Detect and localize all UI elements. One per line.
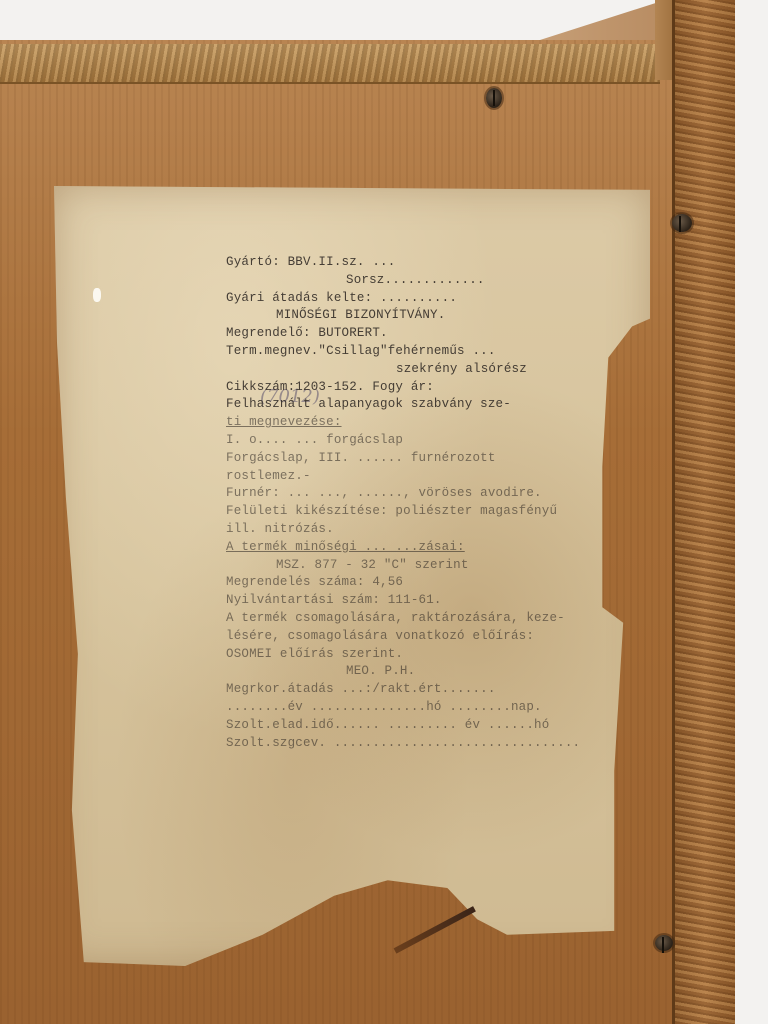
material-line-2: Forgácslap, III. ...... furnérozott <box>226 450 636 468</box>
standard-line: MSZ. 877 - 32 "C" szerint <box>226 557 636 575</box>
veneer-line: Furnér: ... ..., ......, vöröses avodire… <box>226 485 636 503</box>
quality-heading: A termék minőségi ... ...zásai: <box>226 539 636 557</box>
order-number-line: Megrendelés száma: 4,56 <box>226 574 636 592</box>
photo-scene: (7012) Gyártó: BBV.II.sz. ... Sorsz.....… <box>0 0 768 1024</box>
finish-line-cont: ill. nitrózás. <box>226 521 636 539</box>
product-name-cont: szekrény alsórész <box>226 361 636 379</box>
article-number-line: Cikkszám:1203-152. Fogy ár: <box>226 379 636 397</box>
screw-icon <box>486 88 502 108</box>
screw-icon <box>672 214 692 232</box>
material-line-1: I. o.... ... forgácslap <box>226 432 636 450</box>
chipboard-right-edge <box>672 0 735 1024</box>
handling-line-3: OSOMEI előírás szerint. <box>226 646 636 664</box>
service-signature-line: Szolt.szgcev. ..........................… <box>226 735 636 753</box>
serial-line: Sorsz............. <box>226 272 636 290</box>
materials-heading: Felhasznált alapanyagok szabvány sze- <box>226 396 636 414</box>
registry-number-line: Nyilvántartási szám: 111-61. <box>226 592 636 610</box>
date-line: ........év ...............hó ........nap… <box>226 699 636 717</box>
materials-heading-cont: ti megnevezése: <box>226 414 636 432</box>
chipboard-top-edge <box>0 44 660 84</box>
typed-certificate-text: Gyártó: BBV.II.sz. ... Sorsz............… <box>226 254 636 752</box>
service-time-line: Szolt.elad.idő...... ......... év ......… <box>226 717 636 735</box>
handover-line: Megrkor.átadás ...:/rakt.ért....... <box>226 681 636 699</box>
certificate-title: MINŐSÉGI BIZONYÍTVÁNY. <box>226 307 636 325</box>
handover-date-line: Gyári átadás kelte: .......... <box>226 290 636 308</box>
manufacturer-line: Gyártó: BBV.II.sz. ... <box>226 254 636 272</box>
paper-speck <box>93 288 101 302</box>
customer-line: Megrendelő: BUTORERT. <box>226 325 636 343</box>
handling-line-1: A termék csomagolására, raktározására, k… <box>226 610 636 628</box>
material-line-3: rostlemez.- <box>226 468 636 486</box>
screw-icon <box>655 935 673 951</box>
handling-line-2: lésére, csomagolására vonatkozó előírás: <box>226 628 636 646</box>
stamp-line: MEO. P.H. <box>226 663 636 681</box>
product-name-line: Term.megnev."Csillag"fehérneműs ... <box>226 343 636 361</box>
finish-line: Felületi kikészítése: poliészter magasfé… <box>226 503 636 521</box>
